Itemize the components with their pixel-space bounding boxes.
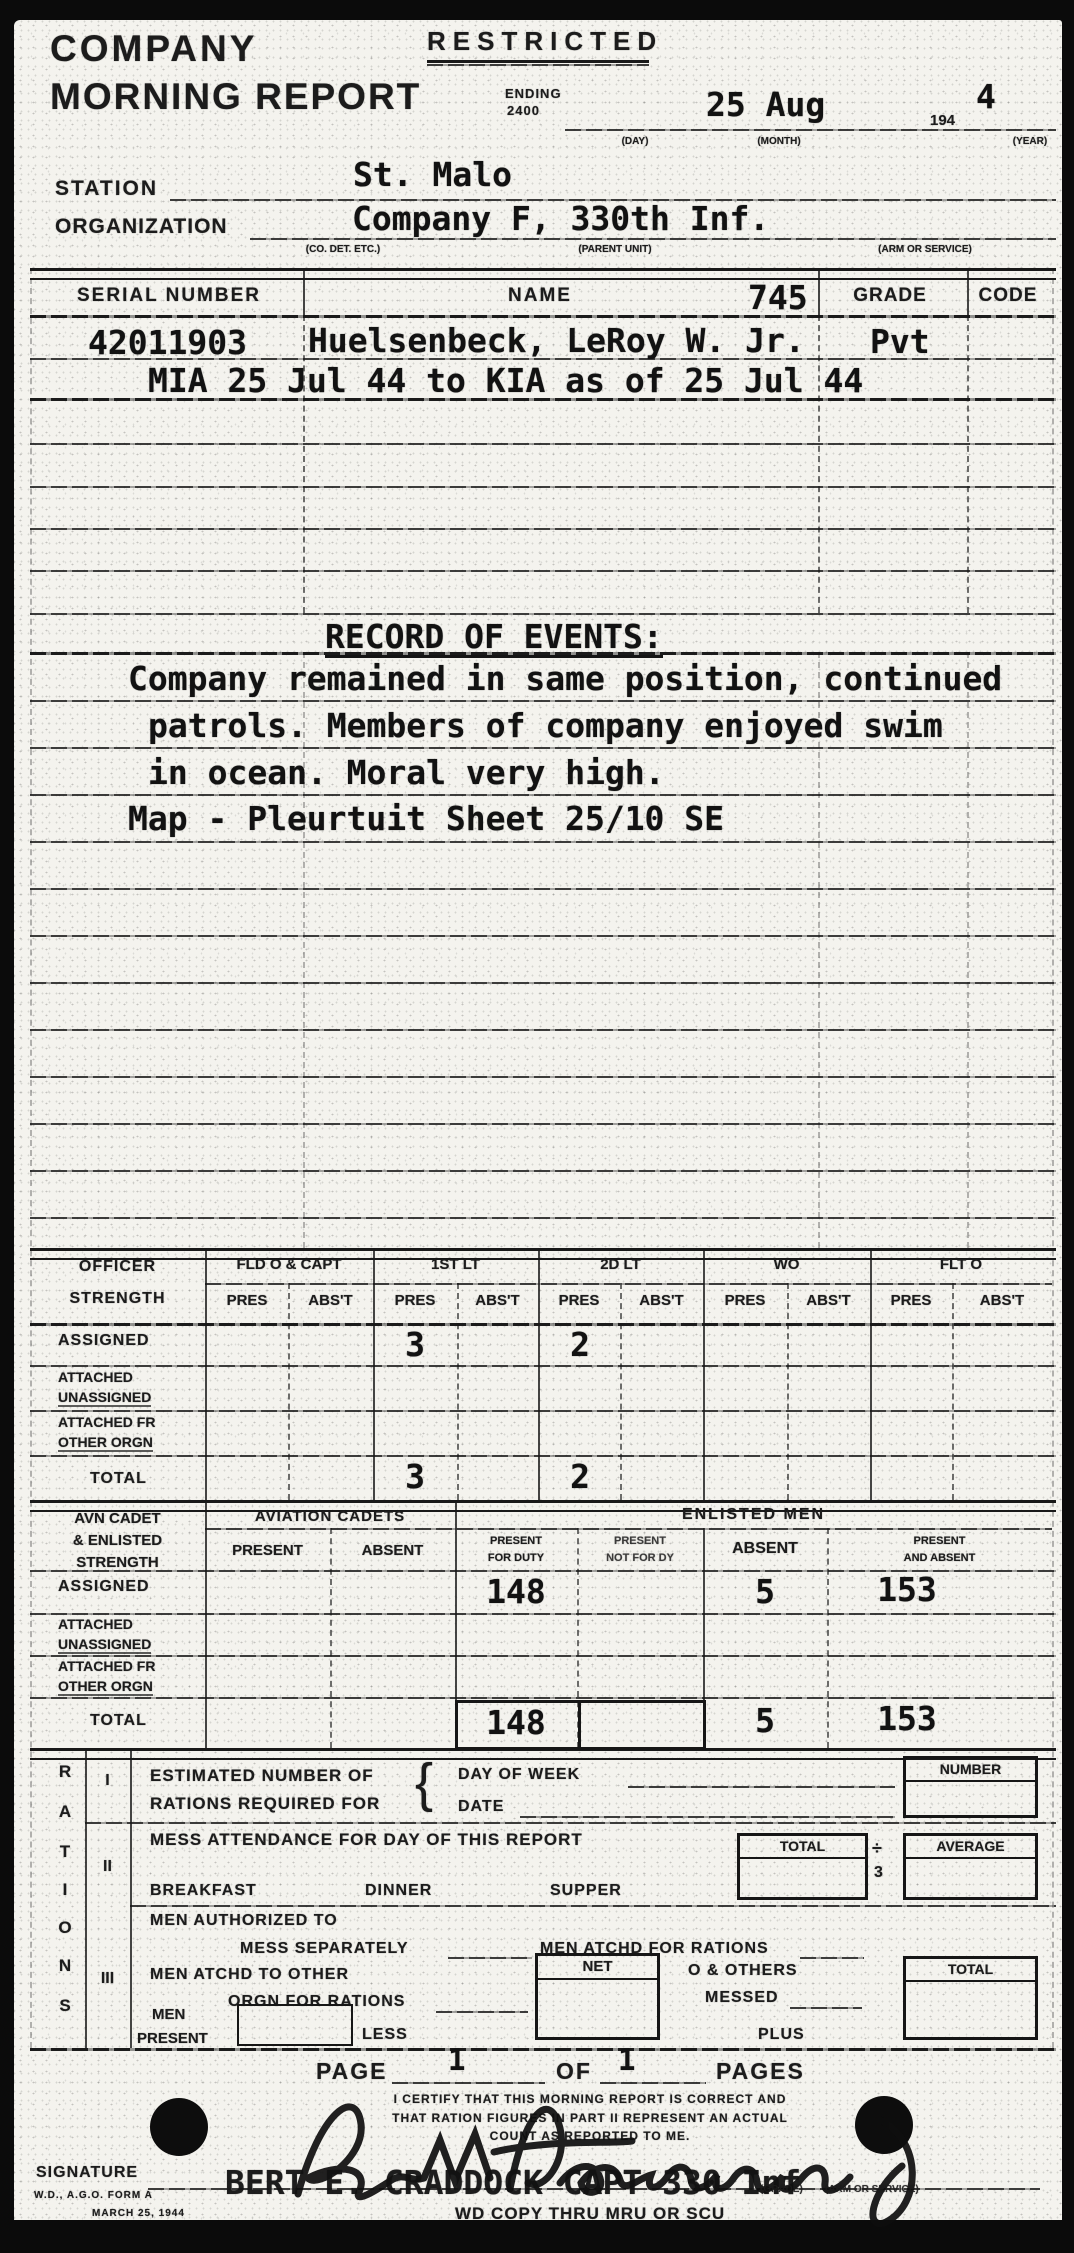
rations3-line1: MEN AUTHORIZED TO bbox=[150, 1912, 338, 1930]
rations3-messed: MESSED bbox=[705, 1989, 779, 2007]
organization-label: ORGANIZATION bbox=[55, 215, 228, 239]
enlisted-total-absent: 5 bbox=[703, 1704, 827, 1737]
officer-total-1stlt-pres: 3 bbox=[375, 1460, 455, 1493]
rations-total-box: TOTAL bbox=[903, 1956, 1038, 2040]
rule-line bbox=[628, 1786, 895, 1788]
officer-sub-abst-5: ABS'T bbox=[952, 1292, 1052, 1309]
average-box-label: AVERAGE bbox=[906, 1836, 1035, 1859]
roster-header-name: NAME bbox=[460, 285, 620, 307]
enlisted-row-att-unassigned-1: ATTACHED bbox=[58, 1616, 133, 1632]
officer-sub-abst-3: ABS'T bbox=[620, 1292, 703, 1309]
record-of-events-title: RECORD OF EVENTS: bbox=[325, 620, 663, 658]
officer-row-att-fr-1: ATTACHED FR bbox=[58, 1414, 155, 1430]
rule-line bbox=[30, 1029, 1056, 1031]
rule-line bbox=[30, 443, 1056, 445]
rule-line bbox=[790, 2007, 862, 2009]
pages-number-value: 1 bbox=[618, 2046, 635, 2075]
divider-line bbox=[303, 315, 305, 613]
year-digit-value: 4 bbox=[976, 80, 996, 113]
roster-remark-value: MIA 25 Jul 44 to KIA as of 25 Jul 44 bbox=[148, 364, 863, 397]
enlisted-row-att-unassigned-2: UNASSIGNED bbox=[58, 1636, 151, 1654]
rule-line bbox=[30, 1655, 1056, 1657]
ending-2400-label: 2400 bbox=[507, 103, 540, 118]
rations1-line2: RATIONS REQUIRED FOR bbox=[150, 1794, 380, 1814]
rule-line bbox=[30, 1076, 1056, 1078]
number-box: NUMBER bbox=[903, 1756, 1038, 1818]
net-box-label: NET bbox=[538, 1956, 657, 1980]
officer-row-att-fr-2: OTHER ORGN bbox=[58, 1434, 153, 1452]
officer-strength-label2: STRENGTH bbox=[30, 1290, 205, 1308]
org-sublabel-arm: (ARM OR SERVICE) bbox=[840, 244, 1010, 255]
rule-line bbox=[130, 1905, 1056, 1907]
rations-letter-t: T bbox=[50, 1842, 80, 1862]
rule-line bbox=[205, 1283, 1052, 1285]
rations-roman-i: I bbox=[85, 1772, 130, 1790]
rule-line bbox=[448, 1957, 532, 1959]
officer-sub-pres-1: PRES bbox=[206, 1292, 288, 1309]
page-number-value: 1 bbox=[448, 2046, 465, 2075]
rations2-dinner: DINNER bbox=[365, 1882, 432, 1900]
enlisted-total-pa: 153 bbox=[827, 1702, 987, 1735]
arm-or-service-sublabel: (ARM OR SERVICE) bbox=[825, 2184, 919, 2195]
col-pa-line2: AND ABSENT bbox=[827, 1552, 1052, 1564]
officer-sub-abst-4: ABS'T bbox=[787, 1292, 870, 1309]
officer-group-fldo-capt: FLD O & CAPT bbox=[205, 1256, 373, 1273]
report-date-value: 25 Aug bbox=[706, 88, 825, 121]
divider-line bbox=[952, 1283, 954, 1500]
enlisted-strength-label1: AVN CADET bbox=[30, 1510, 205, 1527]
divider-line bbox=[85, 1748, 87, 2048]
rations3-less: LESS bbox=[362, 2026, 408, 2044]
divider-line bbox=[1052, 268, 1054, 2048]
officer-row-assigned: ASSIGNED bbox=[58, 1332, 150, 1350]
col-pfd-line2: FOR DUTY bbox=[455, 1552, 577, 1564]
number-box-label: NUMBER bbox=[906, 1759, 1035, 1782]
enlisted-strength-label2: & ENLISTED bbox=[30, 1532, 205, 1549]
roster-header-serial: SERIAL NUMBER bbox=[77, 285, 261, 307]
divide-by-3: 3 bbox=[874, 1864, 883, 1882]
col-pa-line1: PRESENT bbox=[827, 1535, 1052, 1547]
enlisted-strength-label3: STRENGTH bbox=[30, 1554, 205, 1571]
officer-sub-abst-1: ABS'T bbox=[288, 1292, 373, 1309]
form-date-line: MARCH 25, 1944 bbox=[92, 2208, 185, 2219]
divider-line bbox=[130, 1748, 132, 2048]
rule-line bbox=[30, 1217, 1056, 1219]
rations1-brace: { bbox=[415, 1752, 433, 1814]
rations-letter-i: I bbox=[50, 1880, 80, 1900]
report-number-value: 745 bbox=[748, 281, 808, 314]
divider-line bbox=[703, 1248, 705, 1500]
rule-line bbox=[30, 486, 1056, 488]
enlisted-assigned-pfd: 148 bbox=[455, 1575, 577, 1608]
officer-row-att-unassigned-1: ATTACHED bbox=[58, 1369, 133, 1385]
signed-name-value: BERT E. CRADDOCK CAPT 330 Inf bbox=[225, 2166, 801, 2199]
rule-line bbox=[30, 528, 1056, 530]
org-sublabel-parent: (PARENT UNIT) bbox=[535, 244, 695, 255]
officer-group-wo: WO bbox=[703, 1256, 870, 1273]
rule-line bbox=[30, 570, 1056, 572]
month-sublabel: (MONTH) bbox=[739, 136, 819, 147]
col-pnfd-line1: PRESENT bbox=[577, 1535, 703, 1547]
officer-row-att-unassigned-2: UNASSIGNED bbox=[58, 1389, 151, 1407]
org-sublabel-co: (CO. DET. ETC.) bbox=[263, 244, 423, 255]
rations1-day-of-week: DAY OF WEEK bbox=[458, 1766, 580, 1784]
classification-banner: RESTRICTED bbox=[427, 26, 649, 63]
divider-line bbox=[30, 268, 32, 2048]
enlisted-row-att-fr-1: ATTACHED FR bbox=[58, 1658, 155, 1674]
officer-sub-pres-5: PRES bbox=[870, 1292, 952, 1309]
roster-header-code: CODE bbox=[968, 285, 1048, 307]
officer-sub-pres-3: PRES bbox=[538, 1292, 620, 1309]
divider-line bbox=[205, 1248, 207, 1500]
rule-line bbox=[30, 982, 1056, 984]
rule-line bbox=[30, 1365, 1056, 1367]
rations1-date: DATE bbox=[458, 1798, 504, 1816]
divider-line bbox=[620, 1283, 622, 1500]
divider-line bbox=[967, 315, 969, 613]
page-label: PAGE bbox=[316, 2058, 387, 2085]
roster-name-value: Huelsenbeck, LeRoy W. Jr. bbox=[308, 324, 805, 357]
rations3-present: PRESENT bbox=[137, 2030, 208, 2047]
divider-line bbox=[205, 1503, 207, 1748]
enlisted-row-att-fr-2: OTHER ORGN bbox=[58, 1678, 153, 1696]
rule-line bbox=[30, 700, 1056, 702]
divider-line bbox=[457, 1283, 459, 1500]
form-id-line: W.D., A.G.O. FORM A bbox=[34, 2190, 153, 2201]
rule-line bbox=[30, 613, 1056, 615]
morning-report-scan: RESTRICTED COMPANY MORNING REPORT ENDING… bbox=[0, 0, 1074, 2253]
mess-total-box-label: TOTAL bbox=[740, 1836, 865, 1859]
rule-line bbox=[30, 1613, 1056, 1615]
rations-letter-r: R bbox=[50, 1762, 80, 1782]
officer-group-1st-lt: 1ST LT bbox=[373, 1256, 538, 1273]
year-sublabel: (YEAR) bbox=[990, 136, 1070, 147]
average-box: AVERAGE bbox=[903, 1833, 1038, 1900]
rule-line bbox=[30, 1455, 1056, 1457]
organization-value: Company F, 330th Inf. bbox=[352, 202, 769, 235]
rule-line bbox=[30, 794, 1056, 796]
wd-copy-line: WD COPY THRU MRU OR SCU bbox=[455, 2204, 725, 2224]
enlisted-row-total: TOTAL bbox=[90, 1712, 147, 1730]
station-label: STATION bbox=[55, 177, 158, 201]
roster-grade-value: Pvt bbox=[870, 325, 930, 358]
enlisted-assigned-pa: 153 bbox=[827, 1573, 987, 1606]
officer-sub-pres-4: PRES bbox=[703, 1292, 787, 1309]
grade-sublabel: (GRADE) bbox=[760, 2184, 803, 2195]
rations3-o-and-others: O & OTHERS bbox=[688, 1962, 798, 1980]
rule-line bbox=[205, 1528, 1052, 1530]
enlisted-total-pfd: 148 bbox=[455, 1706, 577, 1739]
rule-line bbox=[30, 1170, 1056, 1172]
enlisted-row-assigned: ASSIGNED bbox=[58, 1578, 150, 1596]
rule-line bbox=[30, 888, 1056, 890]
net-box: NET bbox=[535, 1953, 660, 2040]
rations2-breakfast: BREAKFAST bbox=[150, 1882, 257, 1900]
rations2-title: MESS ATTENDANCE FOR DAY OF THIS REPORT bbox=[150, 1830, 583, 1850]
day-sublabel: (DAY) bbox=[595, 136, 675, 147]
rations-letter-n: N bbox=[50, 1956, 80, 1976]
divider-line bbox=[967, 652, 969, 1248]
rule-line bbox=[427, 64, 649, 66]
group-aviation-cadets: AVIATION CADETS bbox=[205, 1508, 455, 1525]
rule-line bbox=[436, 2011, 528, 2013]
rations3-men-atchd-other: MEN ATCHD TO OTHER bbox=[150, 1966, 349, 1984]
rule-line bbox=[30, 841, 1056, 843]
group-enlisted-men: ENLISTED MEN bbox=[455, 1506, 1052, 1524]
officer-row-total: TOTAL bbox=[90, 1470, 147, 1488]
rule-line bbox=[250, 238, 1056, 240]
officer-sub-abst-2: ABS'T bbox=[457, 1292, 538, 1309]
col-pnfd-line2: NOT FOR DY bbox=[577, 1552, 703, 1564]
rule-line bbox=[30, 935, 1056, 937]
rations2-supper: SUPPER bbox=[550, 1882, 622, 1900]
rations-letter-o: O bbox=[50, 1918, 80, 1938]
col-pfd-line1: PRESENT bbox=[455, 1535, 577, 1547]
col-en-absent: ABSENT bbox=[703, 1540, 827, 1558]
rule-line bbox=[30, 747, 1056, 749]
ending-label: ENDING bbox=[505, 86, 562, 101]
record-line-1: Company remained in same position, conti… bbox=[128, 662, 1002, 695]
divider-line bbox=[787, 1283, 789, 1500]
rule-line bbox=[30, 1323, 1056, 1326]
rations-roman-ii: II bbox=[85, 1858, 130, 1876]
rations3-mess-separately: MESS SEPARATELY bbox=[240, 1940, 409, 1958]
rations-roman-iii: III bbox=[85, 1970, 130, 1988]
form-title-line2: MORNING REPORT bbox=[50, 76, 421, 118]
rule-line bbox=[30, 315, 1056, 318]
enlisted-total-pnfd-box bbox=[578, 1700, 706, 1750]
record-line-3: in ocean. Moral very high. bbox=[148, 756, 665, 789]
signature-label: SIGNATURE bbox=[36, 2164, 138, 2182]
form-title-line1: COMPANY bbox=[50, 28, 257, 70]
men-present-box bbox=[237, 2004, 353, 2046]
rule-line bbox=[520, 1816, 895, 1818]
mess-total-box: TOTAL bbox=[737, 1833, 868, 1900]
rations-letter-s: S bbox=[50, 1996, 80, 2016]
rations3-plus: PLUS bbox=[758, 2026, 805, 2044]
rations1-line1: ESTIMATED NUMBER OF bbox=[150, 1766, 374, 1786]
divider-line bbox=[288, 1283, 290, 1500]
rule-line bbox=[565, 129, 1056, 131]
officer-assigned-1stlt-pres: 3 bbox=[375, 1328, 455, 1361]
record-line-4: Map - Pleurtuit Sheet 25/10 SE bbox=[128, 802, 724, 835]
rule-line bbox=[30, 2048, 1056, 2051]
divider-line bbox=[870, 1248, 872, 1500]
rations-total-box-label: TOTAL bbox=[906, 1959, 1035, 1982]
of-label: OF bbox=[556, 2058, 592, 2085]
record-line-2: patrols. Members of company enjoyed swim bbox=[148, 709, 943, 742]
officer-sub-pres-2: PRES bbox=[373, 1292, 457, 1309]
divide-sign: ÷ bbox=[872, 1838, 882, 1859]
roster-serial-value: 42011903 bbox=[88, 326, 247, 359]
officer-group-flt-o: FLT O bbox=[870, 1256, 1052, 1273]
rations3-men: MEN bbox=[152, 2006, 185, 2023]
enlisted-assigned-absent: 5 bbox=[703, 1575, 827, 1608]
officer-group-2d-lt: 2D LT bbox=[538, 1256, 703, 1273]
pages-label: PAGES bbox=[716, 2058, 805, 2085]
rule-line bbox=[30, 1410, 1056, 1412]
rule-line bbox=[30, 268, 1056, 280]
divider-line bbox=[818, 268, 820, 315]
year-prefix: 194 bbox=[930, 112, 955, 129]
roster-header-grade: GRADE bbox=[825, 285, 955, 307]
divider-line bbox=[303, 268, 305, 315]
rations-letter-a: A bbox=[50, 1802, 80, 1822]
punch-hole-left bbox=[150, 2098, 208, 2156]
officer-strength-label1: OFFICER bbox=[30, 1258, 205, 1276]
officer-total-2dlt-pres: 2 bbox=[540, 1460, 620, 1493]
rule-line bbox=[85, 1822, 1056, 1824]
officer-assigned-2dlt-pres: 2 bbox=[540, 1328, 620, 1361]
divider-line bbox=[818, 315, 820, 613]
station-value: St. Malo bbox=[353, 158, 512, 191]
col-avc-present: PRESENT bbox=[205, 1542, 330, 1559]
col-avc-absent: ABSENT bbox=[330, 1542, 455, 1559]
rule-line bbox=[800, 1957, 864, 1959]
divider-line bbox=[330, 1528, 332, 1748]
rule-line bbox=[30, 1123, 1056, 1125]
